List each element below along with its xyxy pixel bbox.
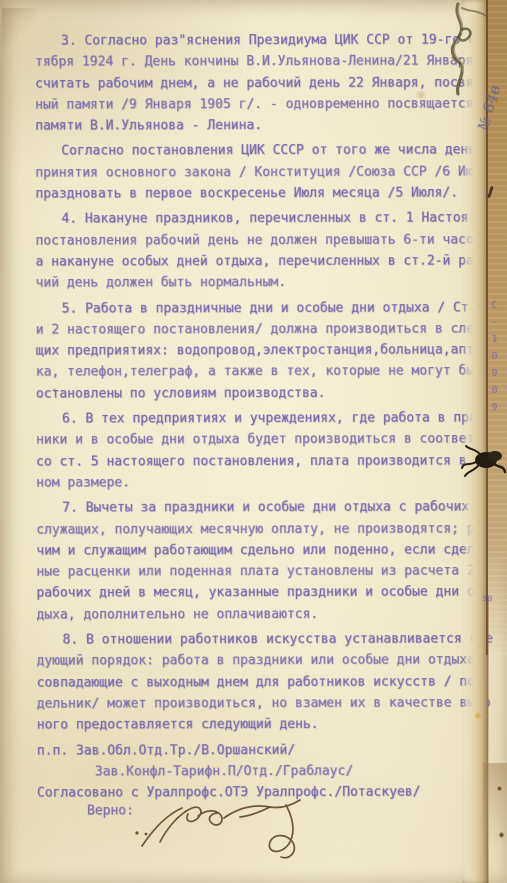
bottom-right-shading (483, 763, 507, 883)
text-line: ники и в особые дни отдыха будет произво… (36, 429, 506, 452)
paragraph-8: 8. В отношении работников искусства уста… (37, 628, 507, 736)
text-line: Согласно постановления ЦИК СССР от того … (35, 140, 505, 163)
text-line: постановления рабочий день не должен пре… (35, 229, 505, 252)
signoff-pp-line: п.п. Зав.Обл.Отд.Тр./В.Оршанский/ (37, 739, 507, 762)
text-line: 7. Вычеты за праздники и особые дни отды… (36, 497, 506, 520)
text-line: принятия основного закона / Конституция … (35, 161, 505, 184)
paragraph-6: 6. В тех предприятиях и учреждениях, где… (36, 407, 506, 493)
text-line: а накануне особых дней отдыха, перечисле… (36, 250, 506, 273)
paragraph-constitution: Согласно постановления ЦИК СССР от того … (35, 140, 505, 205)
paragraph-7: 7. Вычеты за праздники и особые дни отды… (36, 497, 506, 626)
paragraph-5: 5. Работа в праздничные дни и особые дни… (36, 297, 506, 405)
text-line: служащих, получающих месячную оплату, не… (36, 518, 506, 541)
text-line: памяти В.И.Ульянова - Ленина. (35, 115, 505, 138)
text-line: 4. Накануне праздников, перечисленных в … (35, 208, 505, 231)
scanned-document-page: 3. Согласно раз"яснения Президиума ЦИК С… (0, 0, 507, 883)
text-line: остановлены по условиям производства. (36, 382, 506, 405)
text-line: дующий порядок: работа в праздники или о… (37, 650, 507, 673)
yellow-stain (474, 712, 482, 719)
text-line: ные расценки или поденная плата установл… (36, 561, 506, 584)
signature-flourish (100, 790, 400, 883)
text-line: со ст. 5 настоящего постановления, плата… (36, 450, 506, 473)
dark-speck (499, 832, 504, 838)
edge-small-note: зв (481, 593, 493, 604)
text-line: чий день должен быть нормальным. (36, 272, 506, 295)
text-line: щих предприятиях: водопровод,электростан… (36, 340, 506, 363)
edge-vertical-number: С-10909 (489, 300, 500, 419)
typewritten-text: 3. Согласно раз"яснения Президиума ЦИК С… (35, 29, 507, 829)
signoff-dept-line: Зав.Конфл-Тарифн.П/Отд./Граблаус/ (37, 760, 507, 783)
dark-speck (497, 786, 502, 791)
text-line: и 2 настоящего постановления/ должна про… (36, 318, 506, 341)
binding-thread-icon (434, 2, 490, 98)
text-line: праздновать в первое воскресенье Июля ме… (35, 182, 505, 205)
ink-speck (52, 388, 57, 392)
text-line: 6. В тех предприятиях и учреждениях, где… (36, 407, 506, 430)
text-line: дельник/ может производиться, но взамен … (37, 692, 507, 715)
text-line: чим и служащим работающим сдельно или по… (36, 539, 506, 562)
top-left-crease (2, 8, 36, 52)
text-line: ка, телефон,телеграф, а также в тех, кот… (36, 361, 506, 384)
text-line: ного предоставляется следующий день. (37, 714, 507, 737)
text-line: совпадающие с выходным днем для работник… (37, 671, 507, 694)
paragraph-4: 4. Накануне праздников, перечисленных в … (35, 208, 505, 294)
text-line: рабочих дней в месяц, указанные праздник… (36, 582, 506, 605)
text-line: 5. Работа в праздничные дни и особые дни… (36, 297, 506, 320)
text-line: ном размере. (36, 471, 506, 494)
text-line: дыха, дополнительно не оплачиваются. (36, 603, 506, 626)
text-line: 8. В отношении работников искусства уста… (37, 628, 507, 651)
faint-smudge (414, 90, 428, 100)
thread-knot-icon (460, 438, 506, 482)
